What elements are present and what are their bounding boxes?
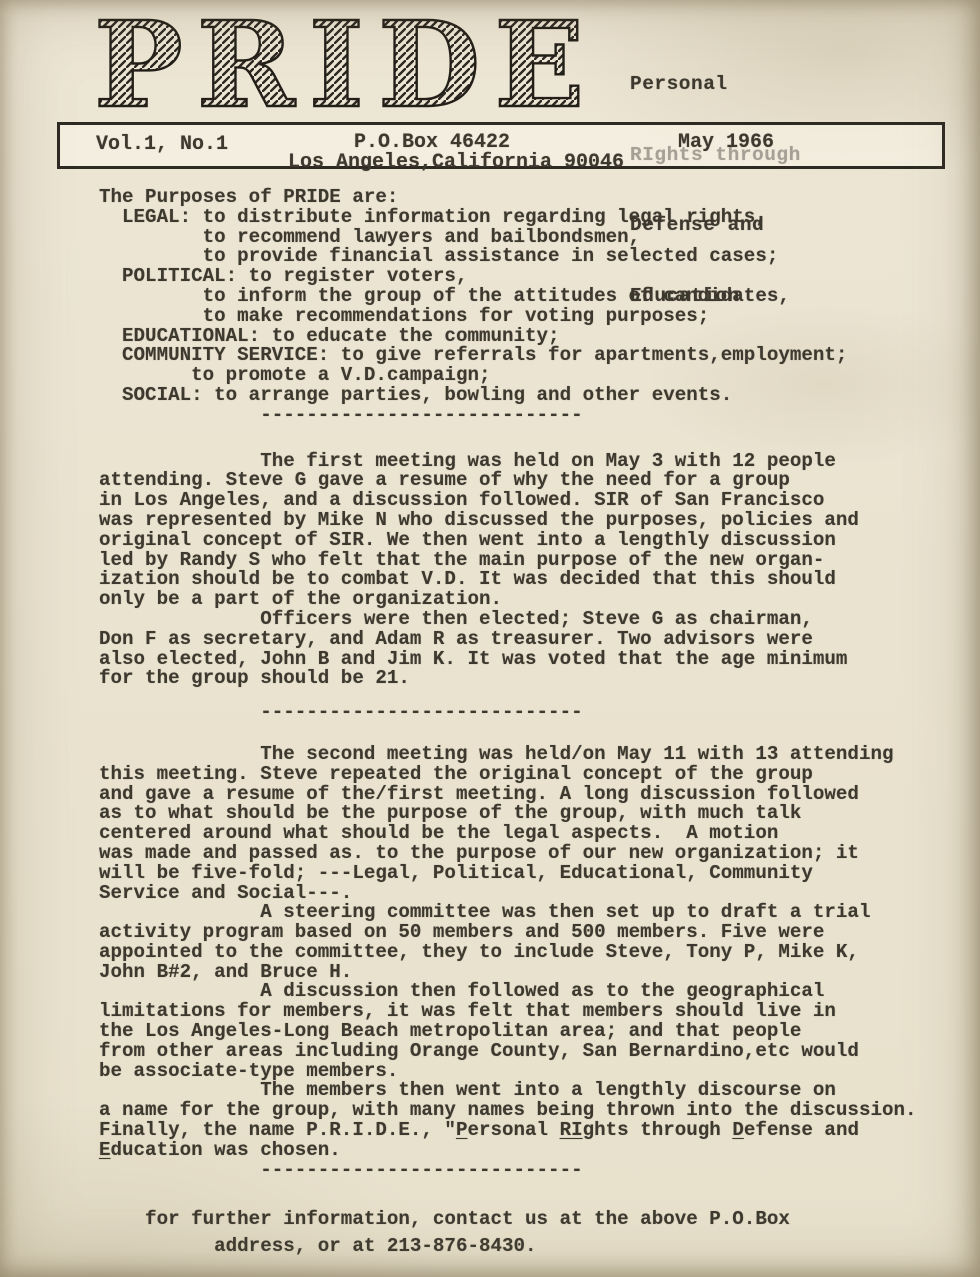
text-line: only be a part of the organization. xyxy=(99,590,959,610)
underlined-text: D xyxy=(732,1119,744,1141)
section-footer: for further information, contact us at t… xyxy=(99,1206,959,1260)
text-line: Don F as secretary, and Adam R as treasu… xyxy=(99,630,959,650)
text-line: activity program based on 50 members and… xyxy=(99,923,959,943)
text-line: original concept of SIR. We then went in… xyxy=(99,531,959,551)
text-line: appointed to the committee, they to incl… xyxy=(99,943,959,963)
pride-logo: PRIDE xyxy=(86,12,586,129)
section-purposes: The Purposes of PRIDE are: LEGAL: to dis… xyxy=(99,188,959,426)
section-divider-2: ---------------------------- xyxy=(99,703,959,723)
section-meeting-2: The second meeting was held/on May 11 wi… xyxy=(99,745,959,1181)
text-line: to inform the group of the attitudes of … xyxy=(99,287,959,307)
text-line: from other areas including Orange County… xyxy=(99,1042,959,1062)
underlined-text: RI xyxy=(560,1119,583,1141)
text-segment: efense and xyxy=(744,1119,859,1141)
text-segment: ducation was chosen. xyxy=(111,1139,341,1161)
underlined-text: E xyxy=(99,1139,111,1161)
document-body: The Purposes of PRIDE are: LEGAL: to dis… xyxy=(99,188,959,1260)
text-line: The second meeting was held/on May 11 wi… xyxy=(99,745,959,765)
text-line: address, or at 213-876-8430. xyxy=(99,1233,959,1260)
pride-logo-art: PRIDE xyxy=(86,12,586,124)
text-line: to promote a V.D.campaign; xyxy=(99,366,959,386)
text-line: Education was chosen. xyxy=(99,1141,959,1161)
text-line: centered around what should be the legal… xyxy=(99,824,959,844)
text-line: LEGAL: to distribute information regardi… xyxy=(99,208,959,228)
text-line: ---------------------------- xyxy=(99,1161,959,1181)
issue-date: May 1966 xyxy=(678,131,774,154)
underlined-text: P xyxy=(456,1119,468,1141)
tagline-line: Personal xyxy=(630,73,801,97)
text-line: the Los Angeles-Long Beach metropolitan … xyxy=(99,1022,959,1042)
address-line: Los Angeles,California 90046 xyxy=(288,151,624,174)
text-line: in Los Angeles, and a discussion followe… xyxy=(99,491,959,511)
text-line: The Purposes of PRIDE are: xyxy=(99,188,959,208)
text-segment: ersonal xyxy=(467,1119,559,1141)
text-line: to make recommendations for voting purpo… xyxy=(99,307,959,327)
pride-logo-text: PRIDE xyxy=(94,12,586,124)
text-line: Officers were then elected; Steve G as c… xyxy=(99,610,959,630)
section-meeting-1: The first meeting was held on May 3 with… xyxy=(99,452,959,690)
text-line: POLITICAL: to register voters, xyxy=(99,267,959,287)
text-line: for the group should be 21. xyxy=(99,669,959,689)
text-segment: ghts through xyxy=(583,1119,733,1141)
text-line: this meeting. Steve repeated the origina… xyxy=(99,765,959,785)
text-line: for further information, contact us at t… xyxy=(99,1206,959,1233)
masthead-box: Vol.1, No.1 P.O.Box 46422 May 1966 Los A… xyxy=(57,122,945,169)
newsletter-page: PRIDE Personal RIghts through Defense an… xyxy=(0,0,980,1277)
text-line: was made and passed as. to the purpose o… xyxy=(99,844,959,864)
text-line: ---------------------------- xyxy=(99,406,959,426)
volume-issue: Vol.1, No.1 xyxy=(96,133,228,156)
text-line: SOCIAL: to arrange parties, bowling and … xyxy=(99,386,959,406)
text-segment: Finally, the name P.R.I.D.E., " xyxy=(99,1119,456,1141)
text-line: was represented by Mike N who discussed … xyxy=(99,511,959,531)
text-line: will be five-fold; ---Legal, Political, … xyxy=(99,864,959,884)
text-line: ---------------------------- xyxy=(99,703,959,723)
